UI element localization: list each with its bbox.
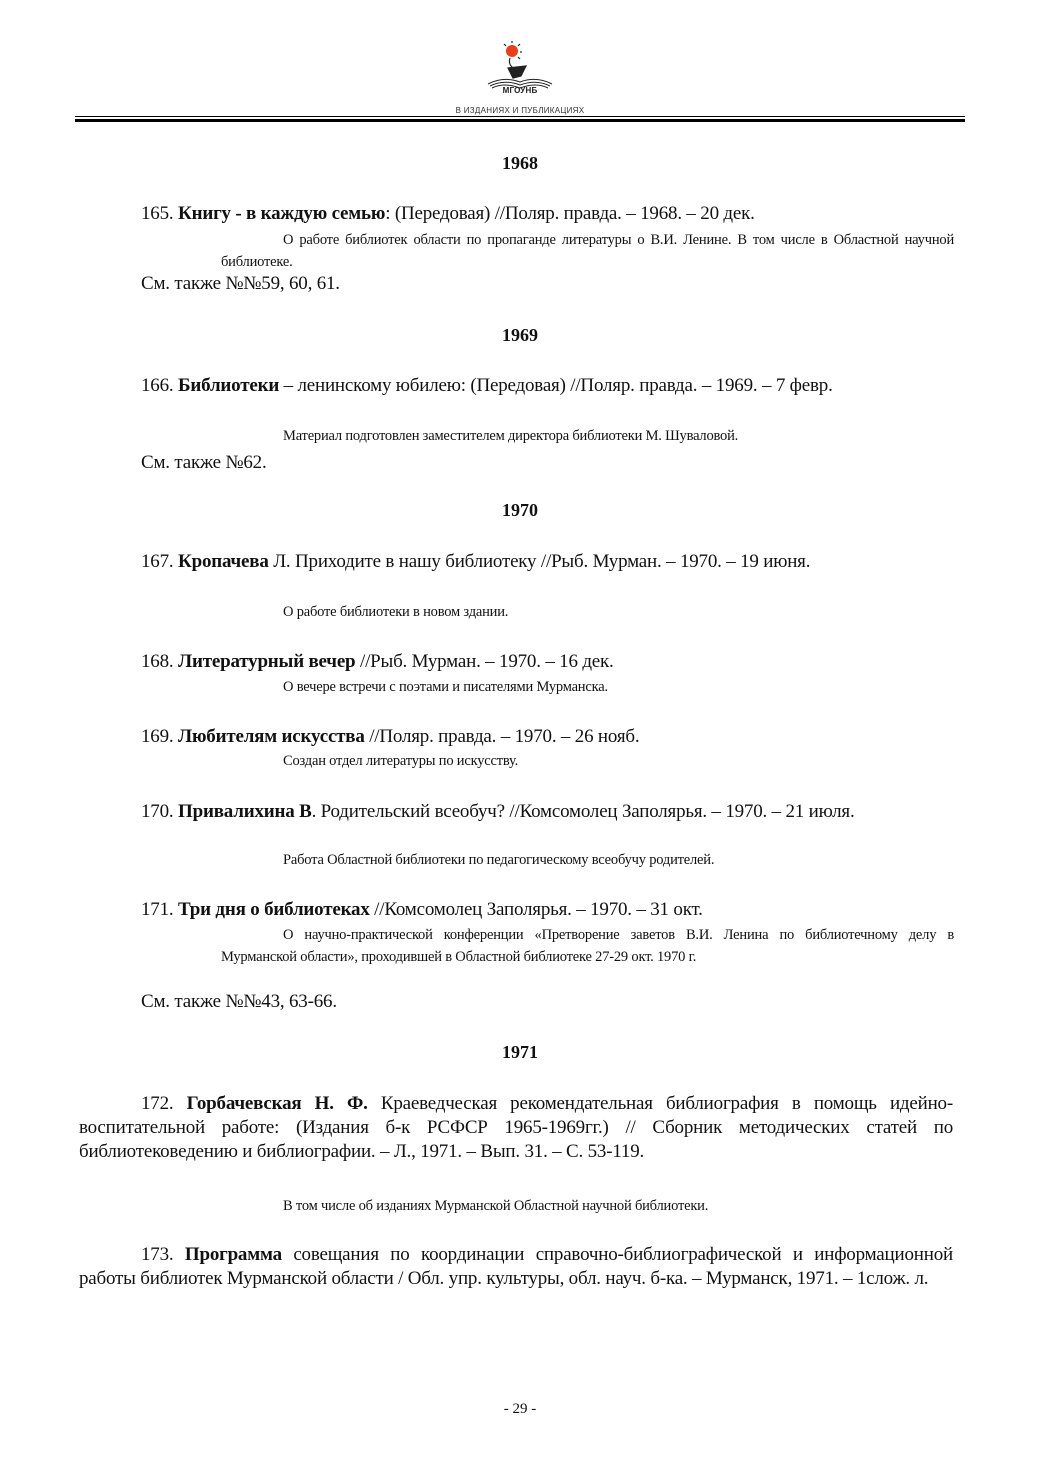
entry-annotation: Работа Областной библиотеки по педагогич… xyxy=(283,849,714,871)
year-heading: 1968 xyxy=(0,153,1040,174)
bibliography-entry: 169. Любителям искусства //Поляр. правда… xyxy=(79,725,953,749)
year-heading: 1970 xyxy=(0,500,1040,521)
header-subtitle: В ИЗДАНИЯХ И ПУБЛИКАЦИЯХ xyxy=(0,106,1040,115)
entry-annotation: Материал подготовлен заместителем директ… xyxy=(283,425,738,447)
entry-number: 165. xyxy=(141,203,173,224)
entry-number: 168. xyxy=(141,651,173,672)
entry-annotation: В том числе об изданиях Мурманской Облас… xyxy=(283,1195,708,1217)
entry-citation: //Комсомолец Заполярья. – 1970. – 31 окт… xyxy=(370,899,703,920)
entry-annotation: О научно-практической конференции «Претв… xyxy=(221,924,954,968)
entry-annotation: О работе библиотек области по пропаганде… xyxy=(221,229,954,273)
entry-citation: – ленинскому юбилею: (Передовая) //Поляр… xyxy=(279,375,833,396)
bibliography-entry: 165. Книгу - в каждую семью: (Передовая)… xyxy=(79,202,953,226)
bibliography-entry: 173. Программа совещания по координации … xyxy=(79,1243,953,1291)
entry-annotation: О вечере встречи с поэтами и писателями … xyxy=(283,676,608,698)
bibliography-entry: 166. Библиотеки – ленинскому юбилею: (Пе… xyxy=(79,374,953,398)
entry-number: 167. xyxy=(141,551,173,572)
entry-citation: //Поляр. правда. – 1970. – 26 нояб. xyxy=(365,726,640,747)
entry-title: Библиотеки xyxy=(178,375,279,396)
entry-number: 166. xyxy=(141,375,173,396)
header-divider-thick xyxy=(75,119,965,122)
entry-citation: //Рыб. Мурман. – 1970. – 16 дек. xyxy=(355,651,613,672)
logo-emblem-icon xyxy=(480,40,560,90)
year-heading: 1969 xyxy=(0,325,1040,346)
year-heading: 1971 xyxy=(0,1042,1040,1063)
entry-title: Любителям искусства xyxy=(178,726,365,747)
logo-text: МГОУНБ xyxy=(0,86,1040,95)
bibliography-entry: 168. Литературный вечер //Рыб. Мурман. –… xyxy=(79,650,953,674)
see-also: См. также №62. xyxy=(141,451,267,475)
entry-number: 170. xyxy=(141,801,173,822)
entry-number: 169. xyxy=(141,726,173,747)
see-also: См. также №№43, 63-66. xyxy=(141,990,337,1014)
entry-citation: Л. Приходите в нашу библиотеку //Рыб. Му… xyxy=(269,551,811,572)
page-number: - 29 - xyxy=(0,1401,1040,1418)
entry-annotation: Создан отдел литературы по искусству. xyxy=(283,750,518,772)
bibliography-entry: 170. Привалихина В. Родительский всеобуч… xyxy=(79,800,953,824)
entry-number: 171. xyxy=(141,899,173,920)
entry-title: Кропачева xyxy=(178,551,269,572)
entry-title: Горбачевская Н. Ф. xyxy=(187,1093,368,1114)
entry-title: Привалихина В xyxy=(178,801,312,822)
bibliography-entry: 172. Горбачевская Н. Ф. Краеведческая ре… xyxy=(79,1092,953,1164)
entry-citation: : (Передовая) //Поляр. правда. – 1968. –… xyxy=(385,203,755,224)
entry-number: 172. xyxy=(141,1093,173,1114)
entry-number: 173. xyxy=(141,1244,173,1265)
entry-title: Три дня о библиотеках xyxy=(178,899,370,920)
entry-annotation: О работе библиотеки в новом здании. xyxy=(283,601,508,623)
entry-title: Программа xyxy=(185,1244,282,1265)
entry-title: Книгу - в каждую семью xyxy=(178,203,385,224)
header-divider-thin xyxy=(75,116,965,117)
bibliography-entry: 171. Три дня о библиотеках //Комсомолец … xyxy=(79,898,953,922)
see-also: См. также №№59, 60, 61. xyxy=(141,272,340,296)
entry-citation: . Родительский всеобуч? //Комсомолец Зап… xyxy=(312,801,855,822)
bibliography-entry: 167. Кропачева Л. Приходите в нашу библи… xyxy=(79,550,953,574)
entry-title: Литературный вечер xyxy=(178,651,355,672)
